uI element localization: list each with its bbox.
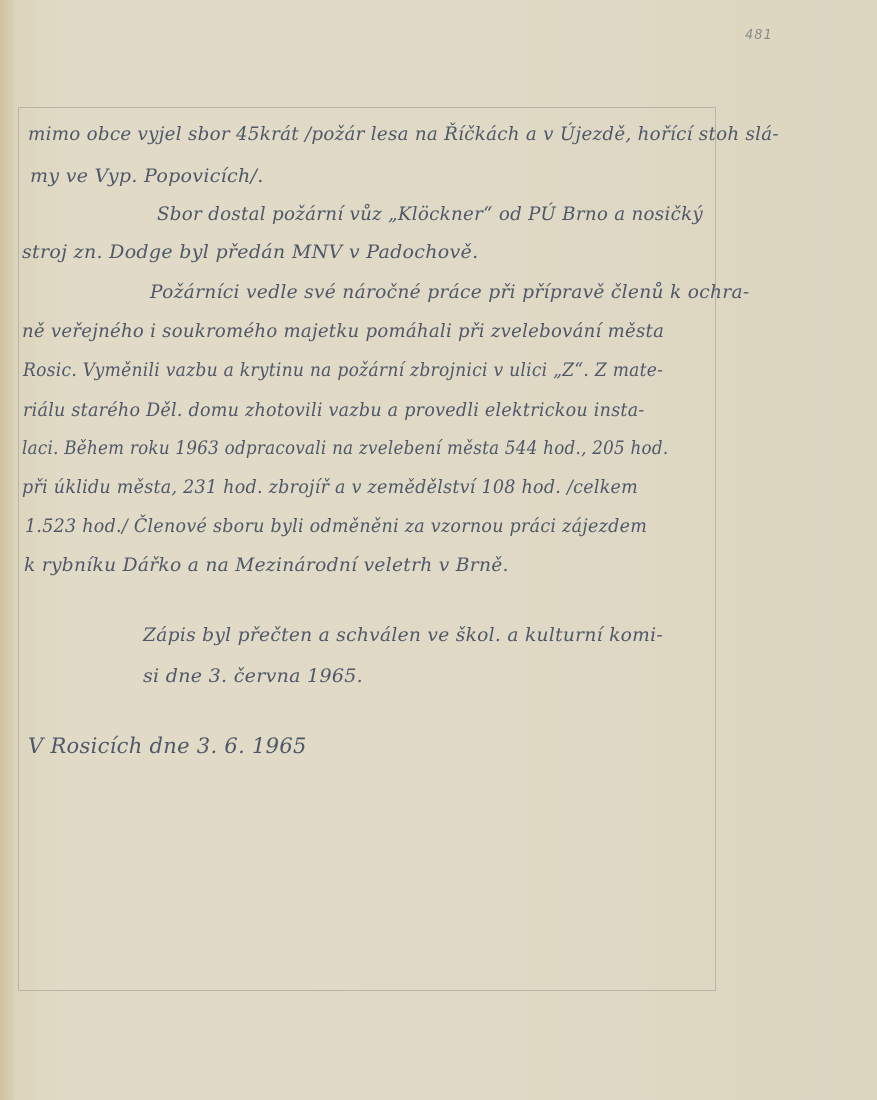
text-line: riálu starého Děl. domu zhotovili vazbu … — [23, 399, 645, 421]
ruled-frame — [18, 107, 716, 991]
text-line: si dne 3. června 1965. — [143, 665, 363, 687]
text-line: Zápis byl přečten a schválen ve škol. a … — [143, 624, 663, 646]
place-date-line: V Rosicích dne 3. 6. 1965 — [28, 734, 307, 758]
text-line: stroj zn. Dodge byl předán MNV v Padocho… — [22, 241, 478, 263]
binding-edge — [0, 0, 14, 1100]
text-line: při úklidu města, 231 hod. zbrojíř a v z… — [22, 476, 638, 498]
text-line: Požárníci vedle své náročné práce při př… — [150, 281, 749, 303]
text-line: Rosic. Vyměnili vazbu a krytinu na požár… — [23, 359, 663, 381]
text-line: 1.523 hod./ Členové sboru byli odměněni … — [25, 515, 647, 537]
text-line: mimo obce vyjel sbor 45krát /požár lesa … — [28, 123, 779, 145]
text-line: laci. Během roku 1963 odpracovali na zve… — [22, 437, 668, 459]
text-line: Sbor dostal požární vůz „Klöckner“ od PÚ… — [157, 203, 703, 225]
text-line: my ve Vyp. Popovicích/. — [30, 165, 264, 187]
text-line: ně veřejného i soukromého majetku pomáha… — [22, 320, 664, 342]
text-line: k rybníku Dářko a na Mezinárodní veletrh… — [24, 554, 509, 576]
page-number: 481 — [745, 28, 773, 43]
